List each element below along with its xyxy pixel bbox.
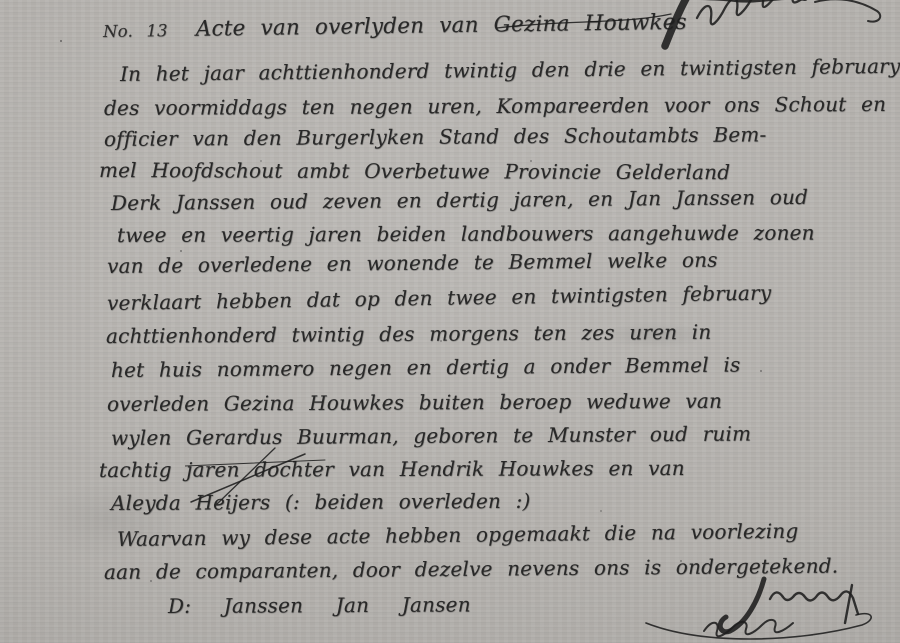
manuscript-line: wylen Gerardus Buurman, geboren te Munst…: [111, 422, 751, 450]
manuscript-line: aan de comparanten, door dezelve nevens …: [104, 554, 838, 584]
manuscript-line: Derk Janssen oud zeven en dertig jaren, …: [111, 185, 808, 215]
title-line: No. 13Acte van overlyden van Gezina Houw…: [103, 10, 687, 43]
manuscript-line: achttienhonderd twintig des morgens ten …: [106, 320, 712, 348]
act-number: No. 13: [103, 21, 168, 41]
manuscript-line: mel Hoofdschout ambt Overbetuwe Provinci…: [99, 158, 730, 184]
manuscript-line: officier van den Burgerlyken Stand des S…: [104, 122, 767, 151]
manuscript-line: verklaart hebben dat op den twee en twin…: [107, 281, 772, 315]
document-title: Acte van overlyden van Gezina Houwkes: [196, 10, 687, 42]
paper-specks: [60, 40, 62, 42]
manuscript-line: twee en veertig jaren beiden landbouwers…: [117, 221, 815, 247]
manuscript-line: In het jaar achttienhonderd twintig den …: [120, 54, 900, 86]
manuscript-line: des voormiddags ten negen uren, Komparee…: [104, 92, 886, 120]
document-scan: No. 13Acte van overlyden van Gezina Houw…: [0, 0, 900, 643]
manuscript-line: Aleyda Heijers (: beiden overleden :): [111, 489, 531, 515]
manuscript-line: van de overledene en wonende te Bemmel w…: [107, 248, 718, 278]
comparant-signatures: D: Janssen Jan Jansen: [168, 592, 471, 618]
manuscript-line: Waarvan wy dese acte hebben opgemaakt di…: [117, 519, 799, 551]
manuscript-line: het huis nommero negen en dertig a onder…: [111, 353, 741, 382]
official-signature-flourish: [640, 573, 895, 641]
manuscript-line: overleden Gezina Houwkes buiten beroep w…: [107, 389, 722, 416]
manuscript-line: tachtig jaren dochter van Hendrik Houwke…: [99, 456, 685, 482]
